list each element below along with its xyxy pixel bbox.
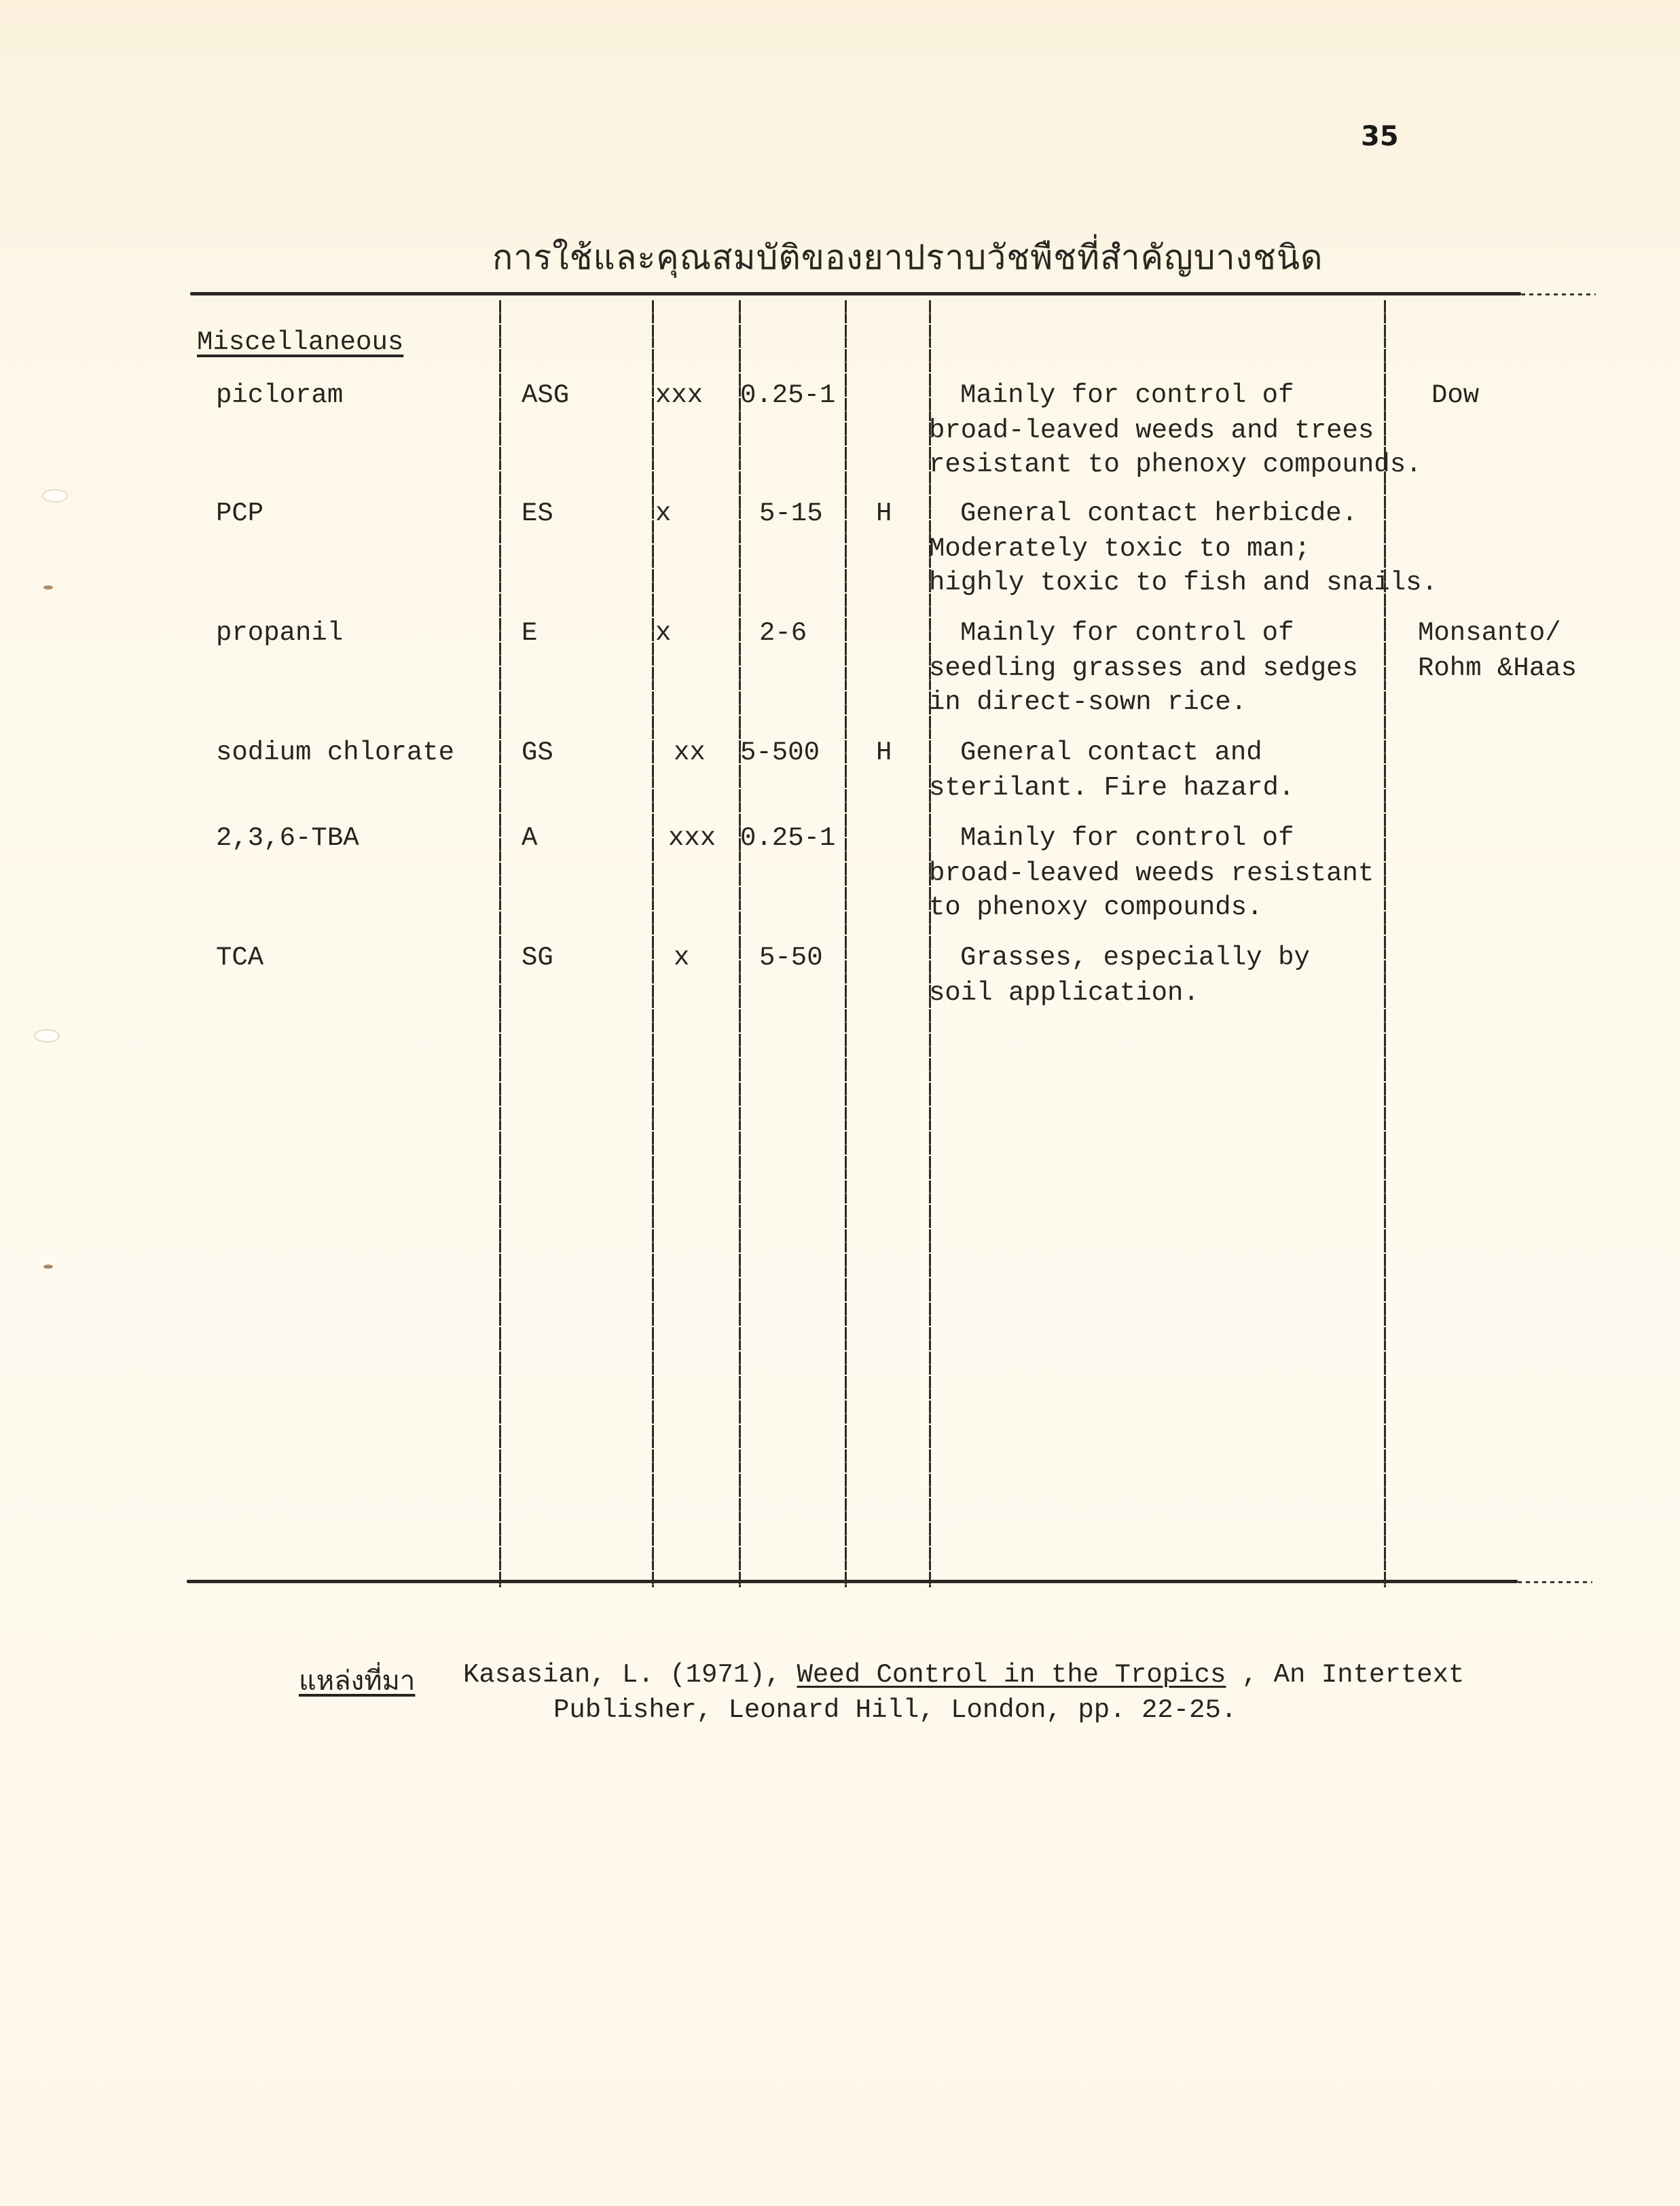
herbicide-name: TCA — [216, 940, 263, 975]
activity: x — [655, 615, 671, 651]
manufacturer: Dow — [1431, 378, 1479, 413]
herbicide-name: PCP — [216, 496, 263, 531]
column-divider-6 — [1384, 300, 1386, 1587]
source-citation-line1: Kasasian, L. (1971), Weed Control in the… — [463, 1657, 1464, 1693]
remarks-line: in direct-sown rice. — [929, 685, 1247, 720]
remarks-line: sterilant. Fire hazard. — [929, 770, 1294, 806]
formulation: ES — [522, 496, 553, 531]
rate: 2-6 — [759, 615, 807, 651]
activity: xx — [674, 735, 706, 770]
formulation: SG — [522, 940, 553, 975]
punch-hole-mark — [34, 1029, 60, 1043]
source-citation-line2: Publisher, Leonard Hill, London, pp. 22-… — [553, 1693, 1237, 1728]
page-number: 35 — [1361, 121, 1399, 152]
remarks-line: resistant to phenoxy compounds. — [929, 447, 1422, 482]
rate: 0.25-1 — [740, 378, 835, 413]
herbicide-name: 2,3,6-TBA — [216, 820, 359, 856]
remarks-line: Grasses, especially by — [960, 940, 1310, 975]
remarks-line: broad-leaved weeds resistant — [929, 856, 1374, 891]
table-bottom-rule-dotted-end — [1518, 1581, 1592, 1583]
remarks-line: Mainly for control of — [960, 615, 1294, 651]
column-divider-4 — [845, 300, 847, 1587]
table-top-rule-dotted-end — [1521, 293, 1596, 295]
citation-author: Kasasian, L. (1971), — [463, 1660, 781, 1690]
formulation: ASG — [522, 378, 569, 413]
remarks-line: seedling grasses and sedges — [929, 651, 1358, 686]
remarks-line: General contact herbicde. — [960, 496, 1357, 531]
remarks-line: General contact and — [960, 735, 1262, 770]
hazard: H — [876, 496, 892, 531]
herbicide-name: propanil — [216, 615, 343, 651]
remarks-line: Mainly for control of — [960, 378, 1294, 413]
section-heading: Miscellaneous — [197, 327, 403, 357]
formulation: GS — [522, 735, 553, 770]
punch-hole-mark — [42, 489, 68, 503]
activity: xxx — [668, 820, 716, 856]
citation-title: Weed Control in the Tropics — [797, 1660, 1226, 1690]
remarks-line: soil application. — [929, 975, 1199, 1011]
manufacturer: Monsanto/ — [1418, 615, 1561, 651]
remarks-line: Mainly for control of — [960, 820, 1294, 856]
column-divider-5 — [929, 300, 931, 1587]
column-divider-2 — [652, 300, 654, 1587]
herbicide-name: sodium chlorate — [216, 735, 454, 770]
stain-mark — [43, 1265, 53, 1269]
herbicide-name: picloram — [216, 378, 343, 413]
remarks-line: highly toxic to fish and snails. — [929, 565, 1438, 600]
remarks-line: broad-leaved weeds and trees — [929, 413, 1374, 448]
activity: xxx — [655, 378, 703, 413]
column-divider-1 — [499, 300, 501, 1587]
rate: 0.25-1 — [740, 820, 835, 856]
rate: 5-50 — [759, 940, 823, 975]
page-title: การใช้และคุณสมบัติของยาปราบวัชพืชที่สำคั… — [492, 231, 1323, 285]
stain-mark — [43, 585, 53, 590]
table-top-rule — [190, 292, 1521, 295]
activity: x — [655, 496, 671, 531]
remarks-line: to phenoxy compounds. — [929, 890, 1262, 925]
formulation: A — [522, 820, 537, 856]
activity: x — [674, 940, 689, 975]
source-label: แหล่งที่มา — [299, 1659, 415, 1702]
citation-publisher-start: , An Intertext — [1242, 1660, 1465, 1690]
rate: 5-15 — [759, 496, 823, 531]
manufacturer: Rohm &Haas — [1418, 651, 1577, 686]
table-bottom-rule — [187, 1580, 1518, 1583]
hazard: H — [876, 735, 892, 770]
formulation: E — [522, 615, 537, 651]
remarks-line: Moderately toxic to man; — [929, 531, 1311, 566]
rate: 5-500 — [740, 735, 820, 770]
column-divider-3 — [739, 300, 741, 1587]
